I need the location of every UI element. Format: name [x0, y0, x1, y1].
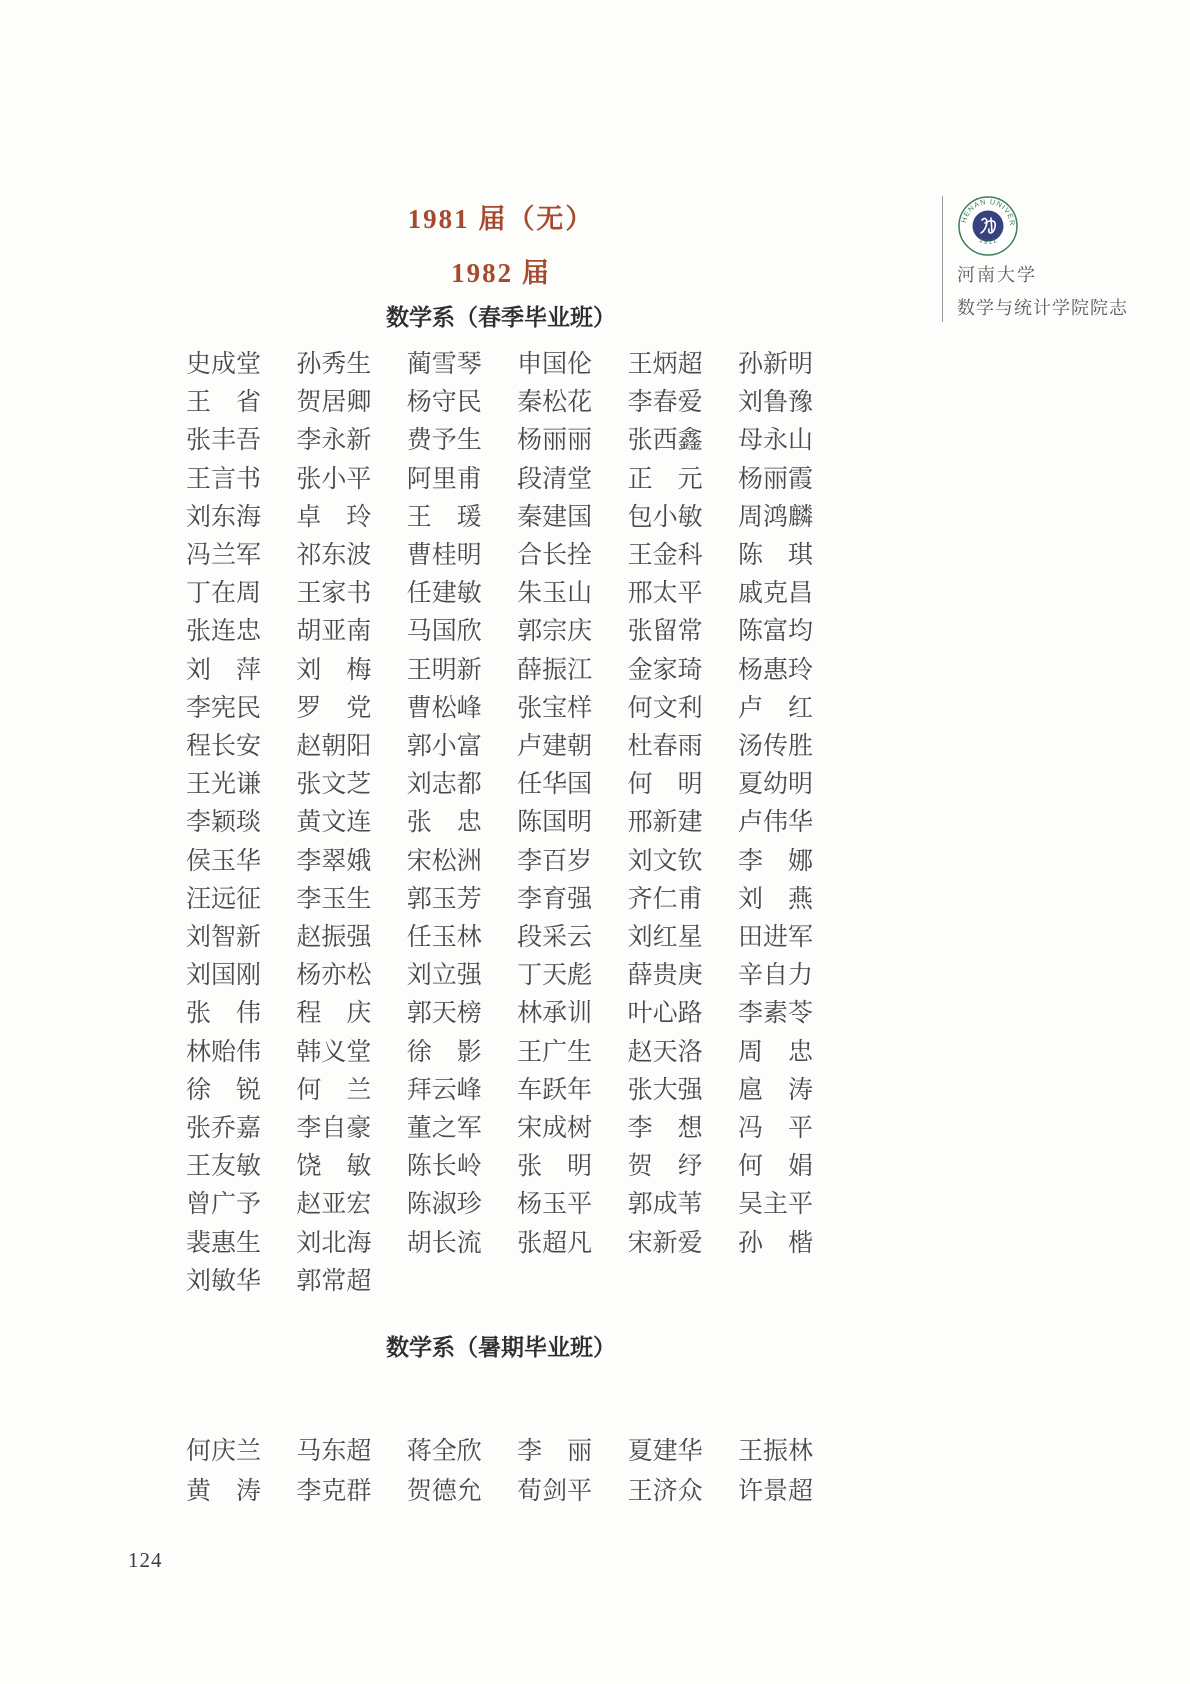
graduate-name: 许景超: [738, 1472, 816, 1512]
graduate-name: 程 庆: [296, 995, 374, 1033]
graduate-name: 刘 萍: [186, 652, 264, 690]
graduate-name: 荀剑平: [517, 1472, 595, 1512]
graduate-name: 刘 燕: [738, 881, 816, 919]
graduate-name: 李颖琰: [186, 804, 264, 842]
graduate-name: 宋松洲: [407, 843, 485, 881]
graduate-name: 刘智新: [186, 919, 264, 957]
document-page: 1981 届（无） 1982 届 数学系（春季毕业班） 史成堂孙秀生蔺雪琴申国伦…: [0, 0, 1190, 1684]
graduate-name: 陈 琪: [738, 537, 816, 575]
graduate-name: 薛振江: [517, 652, 595, 690]
year-title-1981: 1981 届（无）: [186, 202, 816, 236]
graduate-name: 刘北海: [296, 1225, 374, 1263]
graduate-name: 董之军: [407, 1110, 485, 1148]
graduate-name: 宋成树: [517, 1110, 595, 1148]
graduate-name: 陈淑珍: [407, 1186, 485, 1224]
graduate-name: 郭小富: [407, 728, 485, 766]
graduate-name: 王明新: [407, 652, 485, 690]
graduate-name: 张小平: [296, 461, 374, 499]
graduate-name: 何文利: [628, 690, 706, 728]
graduate-name: 吴主平: [738, 1186, 816, 1224]
graduate-name: 合长拴: [517, 537, 595, 575]
volume-title: 数学与统计学院院志: [957, 295, 1177, 321]
graduate-name: 孙秀生: [296, 346, 374, 384]
graduate-name: 裴惠生: [186, 1225, 264, 1263]
graduate-name: 阿里甫: [407, 461, 485, 499]
graduate-name: 刘敏华: [186, 1263, 264, 1301]
graduate-name: 邢太平: [628, 575, 706, 613]
graduate-name: 扈 涛: [738, 1072, 816, 1110]
university-seal-icon: HENAN UNIVERSITY 1912: [958, 196, 1018, 256]
graduate-name: 包小敏: [628, 499, 706, 537]
graduate-name: 刘鲁豫: [738, 384, 816, 422]
graduate-name: 车跃年: [517, 1072, 595, 1110]
graduate-name: 秦建国: [517, 499, 595, 537]
graduate-name: 丁在周: [186, 575, 264, 613]
graduate-name: 赵振强: [296, 919, 374, 957]
graduate-name: 田进军: [738, 919, 816, 957]
graduate-name: 王 省: [186, 384, 264, 422]
graduate-name: 李 想: [628, 1110, 706, 1148]
graduate-name: 杨亦松: [296, 957, 374, 995]
summer-class-name-grid: 何庆兰马东超蒋全欣李 丽夏建华王振林黄 涛李克群贺德允荀剑平王济众许景超: [186, 1432, 816, 1512]
graduate-name: 徐 锐: [186, 1072, 264, 1110]
graduate-name: 张西鑫: [628, 422, 706, 460]
graduate-name: 史成堂: [186, 346, 264, 384]
graduate-name: 孙 楷: [738, 1225, 816, 1263]
graduate-name: 段采云: [517, 919, 595, 957]
graduate-name: 郭玉芳: [407, 881, 485, 919]
graduate-name: 贺德允: [407, 1472, 485, 1512]
graduate-name: 刘东海: [186, 499, 264, 537]
graduate-name: 蔺雪琴: [407, 346, 485, 384]
year-title-1982: 1982 届: [186, 256, 816, 290]
graduate-name: 赵朝阳: [296, 728, 374, 766]
graduate-name: 赵天洛: [628, 1034, 706, 1072]
section-heading-spring-class: 数学系（春季毕业班）: [186, 302, 816, 332]
graduate-name: 拜云峰: [407, 1072, 485, 1110]
graduate-name: 韩义堂: [296, 1034, 374, 1072]
graduate-name: 杨玉平: [517, 1186, 595, 1224]
graduate-name: 李玉生: [296, 881, 374, 919]
graduate-name: 卢建朝: [517, 728, 595, 766]
graduate-name: 徐 影: [407, 1034, 485, 1072]
graduate-name: 张大强: [628, 1072, 706, 1110]
graduate-name: 张文芝: [296, 766, 374, 804]
graduate-name: 王炳超: [628, 346, 706, 384]
graduate-name: 张留常: [628, 613, 706, 651]
graduate-name: 王振林: [738, 1432, 816, 1472]
graduate-name: 郭成苇: [628, 1186, 706, 1224]
graduate-name: 李自豪: [296, 1110, 374, 1148]
graduate-name: 林承训: [517, 995, 595, 1033]
graduate-name: 张宝样: [517, 690, 595, 728]
graduate-name: 周鸿麟: [738, 499, 816, 537]
graduate-name: 刘立强: [407, 957, 485, 995]
graduate-name: 贺居卿: [296, 384, 374, 422]
graduate-name: 秦松花: [517, 384, 595, 422]
graduate-name: 祁东波: [296, 537, 374, 575]
graduate-name: 杜春雨: [628, 728, 706, 766]
graduate-name: 马国欣: [407, 613, 485, 651]
graduate-name: 王金科: [628, 537, 706, 575]
graduate-name: 戚克昌: [738, 575, 816, 613]
graduate-name: 李百岁: [517, 843, 595, 881]
graduate-name: 朱玉山: [517, 575, 595, 613]
graduate-name: 段清堂: [517, 461, 595, 499]
graduate-name: 曾广予: [186, 1186, 264, 1224]
graduate-name: 申国伦: [517, 346, 595, 384]
graduate-name: 李 娜: [738, 843, 816, 881]
graduate-name: 黄 涛: [186, 1472, 264, 1512]
graduate-name: 李春爱: [628, 384, 706, 422]
graduate-name: 杨丽霞: [738, 461, 816, 499]
graduate-name: 杨惠玲: [738, 652, 816, 690]
graduate-name: 齐仁甫: [628, 881, 706, 919]
graduate-name: 郭天榜: [407, 995, 485, 1033]
graduate-name: 张乔嘉: [186, 1110, 264, 1148]
spring-class-name-grid: 史成堂孙秀生蔺雪琴申国伦王炳超孙新明王 省贺居卿杨守民秦松花李春爱刘鲁豫张丰吾李…: [186, 346, 816, 1301]
graduate-name: 张 忠: [407, 804, 485, 842]
graduate-name: 王友敏: [186, 1148, 264, 1186]
graduate-name: 何庆兰: [186, 1432, 264, 1472]
graduate-name: 罗 党: [296, 690, 374, 728]
graduate-name: 李 丽: [517, 1432, 595, 1472]
graduate-name: 李宪民: [186, 690, 264, 728]
graduate-name: 程长安: [186, 728, 264, 766]
graduate-name: 王光谦: [186, 766, 264, 804]
graduate-name: 李克群: [296, 1472, 374, 1512]
graduate-name: 卢 红: [738, 690, 816, 728]
graduate-name: 卢伟华: [738, 804, 816, 842]
graduate-name: 李育强: [517, 881, 595, 919]
graduate-name: 刘国刚: [186, 957, 264, 995]
graduate-name: 张 明: [517, 1148, 595, 1186]
graduate-name: 任玉林: [407, 919, 485, 957]
graduate-name: 薛贵庚: [628, 957, 706, 995]
graduate-name: 陈国明: [517, 804, 595, 842]
graduate-name: 郭宗庆: [517, 613, 595, 651]
graduate-name: 何 娟: [738, 1148, 816, 1186]
graduate-name: 王家书: [296, 575, 374, 613]
graduate-name: 李素苓: [738, 995, 816, 1033]
graduate-name: 李翠娥: [296, 843, 374, 881]
graduate-name: 邢新建: [628, 804, 706, 842]
graduate-name: 黄文连: [296, 804, 374, 842]
graduate-name: 贺 纾: [628, 1148, 706, 1186]
graduate-name: 王言书: [186, 461, 264, 499]
graduate-name: 辛自力: [738, 957, 816, 995]
graduate-name: 刘 梅: [296, 652, 374, 690]
graduate-name: 刘红星: [628, 919, 706, 957]
margin-colophon: HENAN UNIVERSITY 1912 河南大学 数学与统计学院院志: [942, 196, 1177, 322]
graduate-name: 赵亚宏: [296, 1186, 374, 1224]
graduate-name: 宋新爱: [628, 1225, 706, 1263]
graduate-name: 何 兰: [296, 1072, 374, 1110]
graduate-name: 杨丽丽: [517, 422, 595, 460]
graduate-name: 夏建华: [628, 1432, 706, 1472]
graduate-name: 胡长流: [407, 1225, 485, 1263]
graduate-name: 刘志都: [407, 766, 485, 804]
graduate-name: 周 忠: [738, 1034, 816, 1072]
graduate-name: 冯 平: [738, 1110, 816, 1148]
graduate-name: 李永新: [296, 422, 374, 460]
graduate-name: 蒋全欣: [407, 1432, 485, 1472]
graduate-name: 曹松峰: [407, 690, 485, 728]
page-number: 124: [128, 1548, 163, 1573]
graduate-name: 叶心路: [628, 995, 706, 1033]
graduate-name: 王 瑗: [407, 499, 485, 537]
graduate-name: 费予生: [407, 422, 485, 460]
graduate-name: 夏幼明: [738, 766, 816, 804]
graduate-name: 马东超: [296, 1432, 374, 1472]
graduate-name: 侯玉华: [186, 843, 264, 881]
graduate-name: 王广生: [517, 1034, 595, 1072]
graduate-name: 何 明: [628, 766, 706, 804]
graduate-name: 任建敏: [407, 575, 485, 613]
graduate-name: 林贻伟: [186, 1034, 264, 1072]
graduate-name: 胡亚南: [296, 613, 374, 651]
graduate-name: 母永山: [738, 422, 816, 460]
graduate-name: 丁天彪: [517, 957, 595, 995]
graduate-name: 杨守民: [407, 384, 485, 422]
graduate-name: 刘文钦: [628, 843, 706, 881]
graduate-name: 任华国: [517, 766, 595, 804]
graduate-name: 正 元: [628, 461, 706, 499]
graduate-name: 王济众: [628, 1472, 706, 1512]
graduate-name: 金家琦: [628, 652, 706, 690]
section-heading-summer-class: 数学系（暑期毕业班）: [186, 1332, 816, 1362]
graduate-name: 陈长岭: [407, 1148, 485, 1186]
graduate-name: 郭常超: [296, 1263, 374, 1301]
graduate-name: 张超凡: [517, 1225, 595, 1263]
institution-name: 河南大学: [957, 262, 1177, 288]
graduate-name: 陈富均: [738, 613, 816, 651]
graduate-name: 张连忠: [186, 613, 264, 651]
graduate-name: 张丰吾: [186, 422, 264, 460]
graduate-name: 汪远征: [186, 881, 264, 919]
graduate-name: 张 伟: [186, 995, 264, 1033]
graduate-name: 冯兰军: [186, 537, 264, 575]
graduate-name: 饶 敏: [296, 1148, 374, 1186]
graduate-name: 孙新明: [738, 346, 816, 384]
graduate-name: 汤传胜: [738, 728, 816, 766]
graduate-name: 曹桂明: [407, 537, 485, 575]
graduate-name: 卓 玲: [296, 499, 374, 537]
